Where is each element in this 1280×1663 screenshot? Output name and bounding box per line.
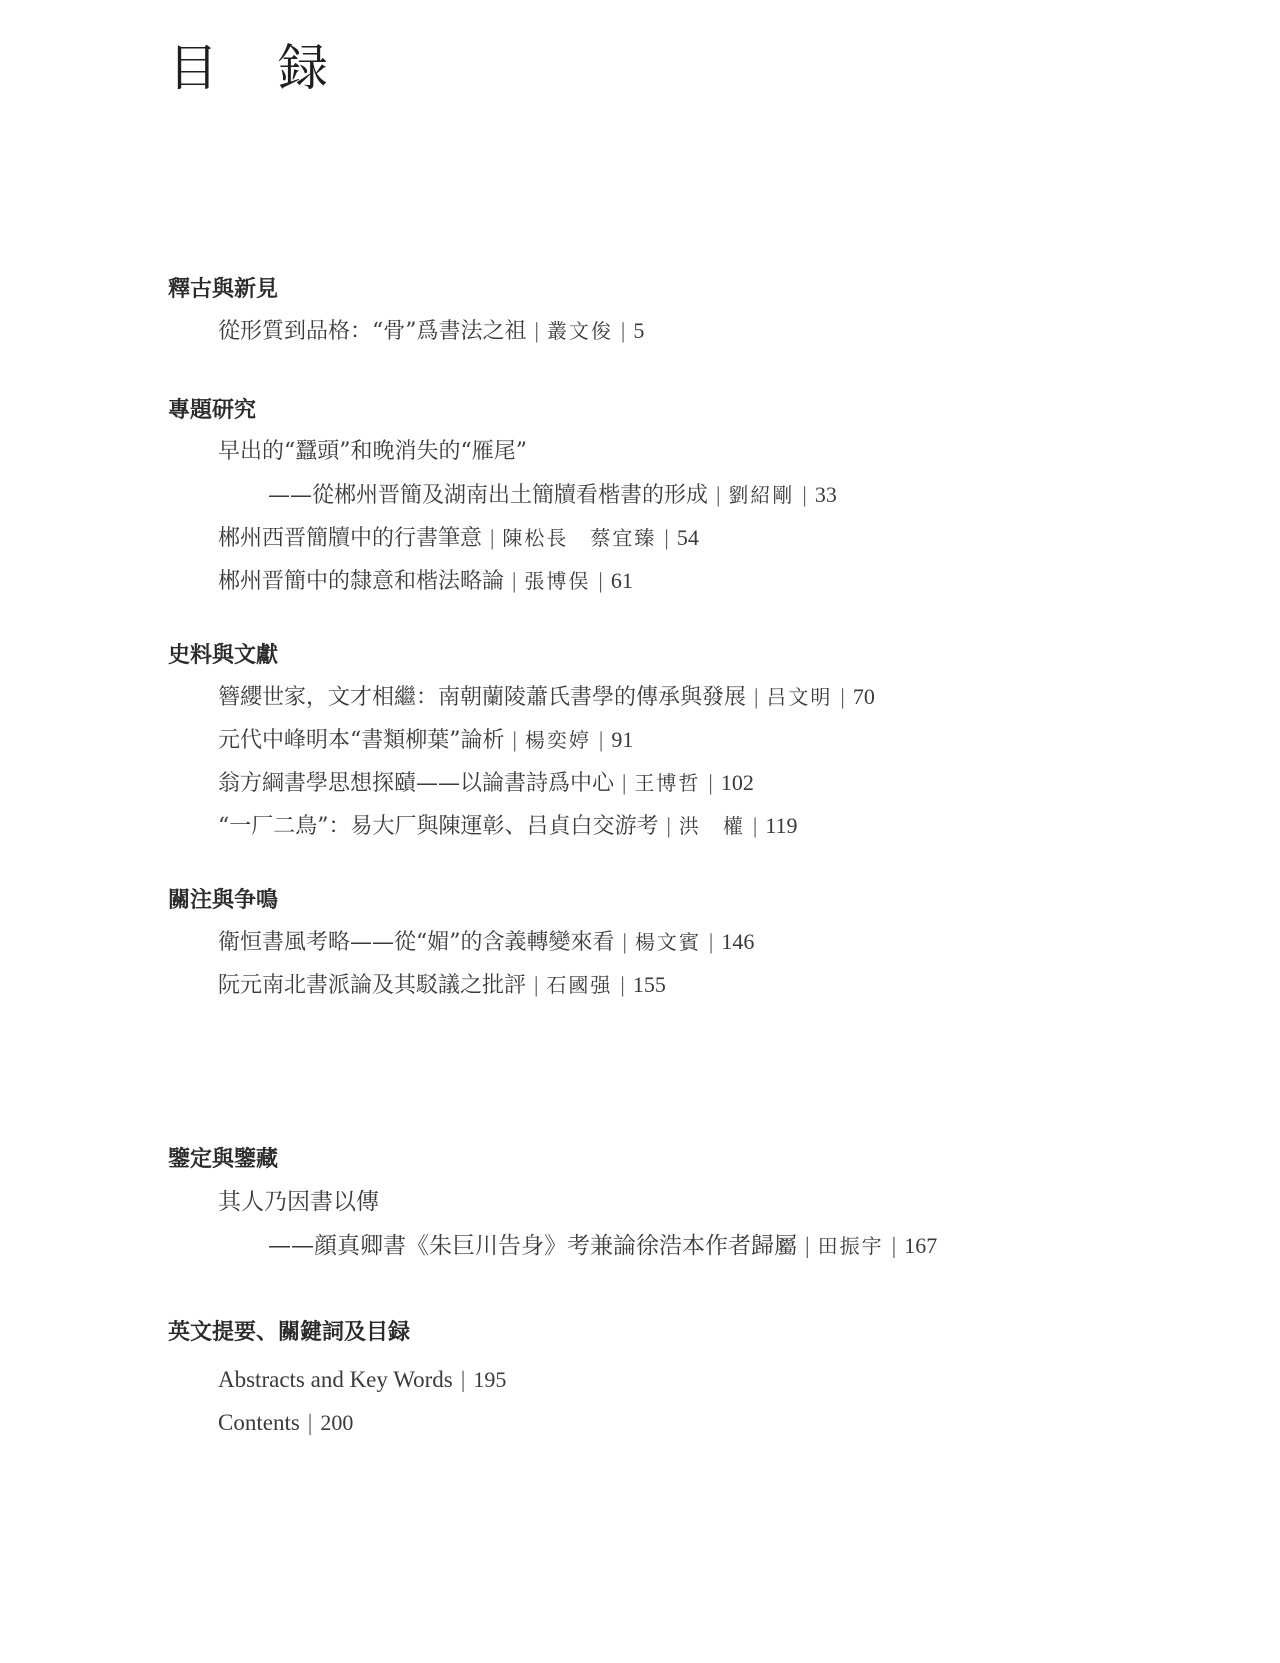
entry-author: 楊奕婷 bbox=[525, 728, 591, 752]
entry-author: 洪 權 bbox=[679, 814, 745, 838]
entry-author: 陳松長 蔡宜臻 bbox=[502, 526, 656, 550]
separator: | bbox=[805, 1233, 810, 1258]
entry-page: 200 bbox=[320, 1410, 353, 1435]
section-jianding: 鑒定與鑒藏 其人乃因書以傳 ——顔真卿書《朱巨川告身》考兼論徐浩本作者歸屬|田振… bbox=[168, 1145, 937, 1267]
separator: | bbox=[621, 318, 625, 343]
section-heading: 英文提要、關鍵詞及目録 bbox=[168, 1318, 506, 1348]
entry-title: 翁方綱書學思想探賾——以論書詩爲中心 bbox=[218, 771, 614, 796]
entry-title: 元代中峰明本“書類柳葉”論析 bbox=[218, 728, 505, 753]
toc-entry[interactable]: 阮元南北書派論及其駁議之批評|石國强|155 bbox=[168, 963, 754, 1006]
section-heading: 史料與文獻 bbox=[168, 641, 875, 671]
separator: | bbox=[754, 684, 758, 709]
toc-entry[interactable]: 從形質到品格：“骨”爲書法之祖|叢文俊|5 bbox=[168, 309, 644, 352]
entry-title: 郴州西晋簡牘中的行書筆意 bbox=[218, 526, 482, 551]
entry-title: 阮元南北書派論及其駁議之批評 bbox=[218, 973, 526, 998]
toc-entry[interactable]: 其人乃因書以傳 bbox=[168, 1181, 937, 1224]
entry-title: ——顔真卿書《朱巨川告身》考兼論徐浩本作者歸屬 bbox=[268, 1233, 797, 1259]
entry-author: 田振宇 bbox=[818, 1234, 884, 1258]
separator: | bbox=[308, 1410, 313, 1435]
separator: | bbox=[534, 972, 538, 997]
entry-title: 從形質到品格：“骨”爲書法之祖 bbox=[218, 319, 527, 344]
toc-entry-subtitle[interactable]: ——顔真卿書《朱巨川告身》考兼論徐浩本作者歸屬|田振宇|167 bbox=[168, 1224, 937, 1267]
toc-entry[interactable]: Abstracts and Key Words|195 bbox=[168, 1358, 506, 1401]
section-english: 英文提要、關鍵詞及目録 Abstracts and Key Words|195 … bbox=[168, 1318, 506, 1444]
entry-page: 167 bbox=[904, 1233, 937, 1258]
entry-page: 61 bbox=[611, 568, 633, 593]
section-zhuanti: 專題研究 早出的“蠶頭”和晚消失的“雁尾” ——從郴州晋簡及湖南出土簡牘看楷書的… bbox=[168, 396, 837, 602]
entry-author: 叢文俊 bbox=[547, 319, 613, 343]
entry-author: 楊文賓 bbox=[635, 930, 701, 954]
entry-author: 王博哲 bbox=[634, 771, 700, 795]
entry-title: 其人乃因書以傳 bbox=[218, 1189, 379, 1215]
toc-entry[interactable]: 衛恒書風考略——從“媚”的含義轉變來看|楊文賓|146 bbox=[168, 920, 754, 963]
separator: | bbox=[716, 482, 720, 507]
section-shigu: 釋古與新見 從形質到品格：“骨”爲書法之祖|叢文俊|5 bbox=[168, 275, 644, 352]
entry-page: 146 bbox=[721, 929, 754, 954]
entry-page: 195 bbox=[473, 1367, 506, 1392]
separator: | bbox=[620, 972, 624, 997]
separator: | bbox=[535, 318, 539, 343]
toc-entry[interactable]: 早出的“蠶頭”和晚消失的“雁尾” bbox=[168, 430, 837, 473]
separator: | bbox=[598, 568, 602, 593]
entry-author: 張博俣 bbox=[524, 569, 590, 593]
entry-title: 簪纓世家，文才相繼：南朝蘭陵蕭氏書學的傳承與發展 bbox=[218, 685, 746, 710]
toc-entry-subtitle[interactable]: ——從郴州晋簡及湖南出土簡牘看楷書的形成|劉紹剛|33 bbox=[168, 473, 837, 516]
entry-title: ——從郴州晋簡及湖南出土簡牘看楷書的形成 bbox=[268, 483, 708, 508]
entry-page: 70 bbox=[853, 684, 875, 709]
toc-entry[interactable]: Contents|200 bbox=[168, 1401, 506, 1444]
section-shiliao: 史料與文獻 簪纓世家，文才相繼：南朝蘭陵蕭氏書學的傳承與發展|吕文明|70 元代… bbox=[168, 641, 875, 847]
entry-page: 155 bbox=[633, 972, 666, 997]
entry-author: 吕文明 bbox=[766, 685, 832, 709]
separator: | bbox=[490, 525, 494, 550]
entry-page: 119 bbox=[765, 813, 797, 838]
separator: | bbox=[623, 929, 627, 954]
toc-entry[interactable]: 郴州西晋簡牘中的行書筆意|陳松長 蔡宜臻|54 bbox=[168, 516, 837, 559]
page-title: 目 録 bbox=[168, 28, 350, 100]
section-guanzhu: 關注與争鳴 衛恒書風考略——從“媚”的含義轉變來看|楊文賓|146 阮元南北書派… bbox=[168, 886, 754, 1006]
separator: | bbox=[599, 727, 603, 752]
separator: | bbox=[708, 770, 712, 795]
separator: | bbox=[513, 727, 517, 752]
toc-entry[interactable]: “一厂二鳥”：易大厂與陳運彰、吕貞白交游考|洪 權|119 bbox=[168, 804, 875, 847]
separator: | bbox=[802, 482, 806, 507]
separator: | bbox=[664, 525, 668, 550]
section-heading: 釋古與新見 bbox=[168, 275, 644, 305]
separator: | bbox=[512, 568, 516, 593]
toc-entry[interactable]: 元代中峰明本“書類柳葉”論析|楊奕婷|91 bbox=[168, 718, 875, 761]
separator: | bbox=[892, 1233, 897, 1258]
entry-title: 衛恒書風考略——從“媚”的含義轉變來看 bbox=[218, 930, 615, 955]
entry-page: 102 bbox=[721, 770, 754, 795]
entry-page: 54 bbox=[677, 525, 699, 550]
toc-entry[interactable]: 翁方綱書學思想探賾——以論書詩爲中心|王博哲|102 bbox=[168, 761, 875, 804]
entry-page: 33 bbox=[815, 482, 837, 507]
separator: | bbox=[709, 929, 713, 954]
separator: | bbox=[840, 684, 844, 709]
entry-title: 郴州晋簡中的隸意和楷法略論 bbox=[218, 569, 504, 594]
separator: | bbox=[622, 770, 626, 795]
entry-title: Contents bbox=[218, 1410, 300, 1435]
entry-author: 石國强 bbox=[546, 973, 612, 997]
entry-title: 早出的“蠶頭”和晚消失的“雁尾” bbox=[218, 439, 527, 464]
toc-entry[interactable]: 簪纓世家，文才相繼：南朝蘭陵蕭氏書學的傳承與發展|吕文明|70 bbox=[168, 675, 875, 718]
toc-entry[interactable]: 郴州晋簡中的隸意和楷法略論|張博俣|61 bbox=[168, 559, 837, 602]
separator: | bbox=[753, 813, 757, 838]
entry-page: 5 bbox=[633, 318, 644, 343]
separator: | bbox=[461, 1367, 466, 1392]
section-heading: 關注與争鳴 bbox=[168, 886, 754, 916]
separator: | bbox=[667, 813, 671, 838]
entry-title: “一厂二鳥”：易大厂與陳運彰、吕貞白交游考 bbox=[218, 814, 659, 839]
entry-page: 91 bbox=[611, 727, 633, 752]
entry-title: Abstracts and Key Words bbox=[218, 1367, 453, 1392]
section-heading: 專題研究 bbox=[168, 396, 837, 426]
section-heading: 鑒定與鑒藏 bbox=[168, 1145, 937, 1175]
entry-author: 劉紹剛 bbox=[728, 483, 794, 507]
